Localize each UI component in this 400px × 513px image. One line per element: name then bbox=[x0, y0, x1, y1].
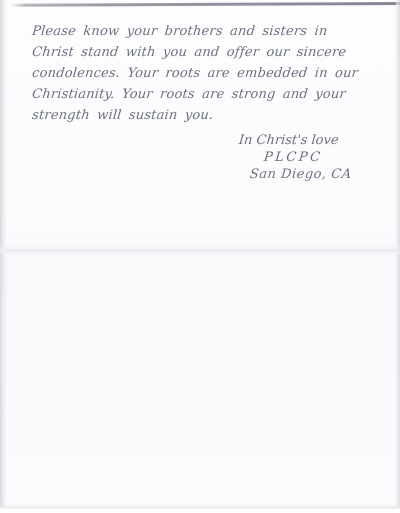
paper-right-edge-shadow bbox=[395, 0, 400, 513]
letter-signature-block: In Christ's love PLCPC San Diego, CA bbox=[238, 132, 351, 183]
scanned-letter-page: Please know your brothers and sisters in… bbox=[0, 0, 400, 513]
letter-line: strength will sustain you. bbox=[31, 105, 385, 126]
paper-left-edge-shadow bbox=[0, 0, 7, 513]
signature-location: San Diego, CA bbox=[238, 166, 352, 183]
paper-bottom-edge-shadow bbox=[0, 504, 400, 513]
signature-organization: PLCPC bbox=[238, 149, 352, 166]
paper-top-edge-shadow bbox=[10, 2, 400, 7]
signature-closing: In Christ's love bbox=[238, 132, 352, 149]
letter-line: Please know your brothers and sisters in bbox=[31, 21, 385, 42]
letter-line: condolences. Your roots are embedded in … bbox=[31, 63, 385, 84]
letter-body: Please know your brothers and sisters in… bbox=[31, 21, 383, 126]
letter-line: Christ stand with you and offer our sinc… bbox=[31, 42, 385, 63]
letter-line: Christianity. Your roots are strong and … bbox=[31, 84, 385, 105]
fold-crease bbox=[0, 245, 400, 255]
